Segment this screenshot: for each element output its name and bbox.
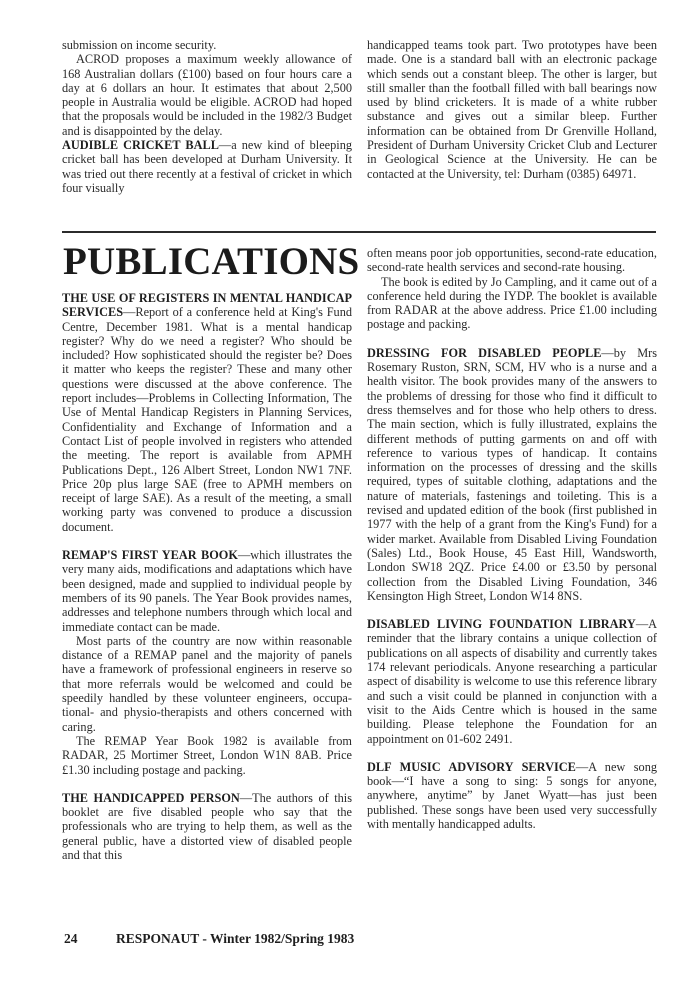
article-heading: DRESSING FOR DISABLED PEOPLE (367, 346, 601, 360)
article-paragraph: The REMAP Year Book 1982 is available fr… (62, 734, 352, 777)
article-remap: REMAP'S FIRST YEAR BOOK—which illus­trat… (62, 548, 352, 634)
article-dressing: DRESSING FOR DISABLED PEOPLE—by Mrs Rose… (367, 346, 657, 603)
article-heading: DISABLED LIVING FOUNDATION LIBRARY (367, 617, 636, 631)
article-body: —A reminder that the library contains a … (367, 617, 657, 745)
article-registers: THE USE OF REGISTERS IN MENTAL HANDICAP … (62, 291, 352, 534)
cricket-ball-heading: AUDIBLE CRICKET BALL (62, 138, 219, 152)
page-number: 24 (64, 931, 116, 947)
article-dlf-library: DISABLED LIVING FOUNDATION LIBRARY—A rem… (367, 617, 657, 746)
article-paragraph: Most parts of the country are now within… (62, 634, 352, 734)
top-right-column: handicapped teams took part. Two prototy… (367, 38, 657, 181)
article-paragraph: The book is edited by Jo Campling, and i… (367, 275, 657, 332)
section-divider (62, 231, 656, 233)
article-dlf-music: DLF MUSIC ADVISORY SERVICE—A new song bo… (367, 760, 657, 831)
publication-name: RESPONAUT - Winter 1982/Spring 1983 (116, 931, 354, 946)
publications-right-column: often means poor job opportunities, seco… (367, 246, 657, 831)
section-title: PUBLICATIONS (63, 240, 359, 284)
article-heading: REMAP'S FIRST YEAR BOOK (62, 548, 238, 562)
page-footer: 24RESPONAUT - Winter 1982/Spring 1983 (64, 931, 354, 947)
article-heading: DLF MUSIC ADVISORY SERVICE (367, 760, 576, 774)
article-continued: often means poor job opportunities, seco… (367, 246, 657, 275)
acrod-paragraph: ACROD proposes a maximum weekly allow­an… (62, 52, 352, 138)
cricket-ball-item: AUDIBLE CRICKET BALL—a new kind of bleep… (62, 138, 352, 195)
article-handicapped-person: THE HANDICAPPED PERSON—The authors of th… (62, 791, 352, 862)
article-heading: THE HANDICAPPED PERSON (62, 791, 240, 805)
article-body: —Report of a confer­ence held at King's … (62, 305, 352, 533)
publications-left-column: THE USE OF REGISTERS IN MENTAL HANDICAP … (62, 291, 352, 862)
article-body: —by Mrs Rosemary Ruston, SRN, SCM, HV wh… (367, 346, 657, 603)
cricket-ball-continued: handicapped teams took part. Two prototy… (367, 38, 657, 181)
top-left-column: submission on income security. ACROD pro… (62, 38, 352, 195)
continued-text: submission on income security. (62, 38, 352, 52)
